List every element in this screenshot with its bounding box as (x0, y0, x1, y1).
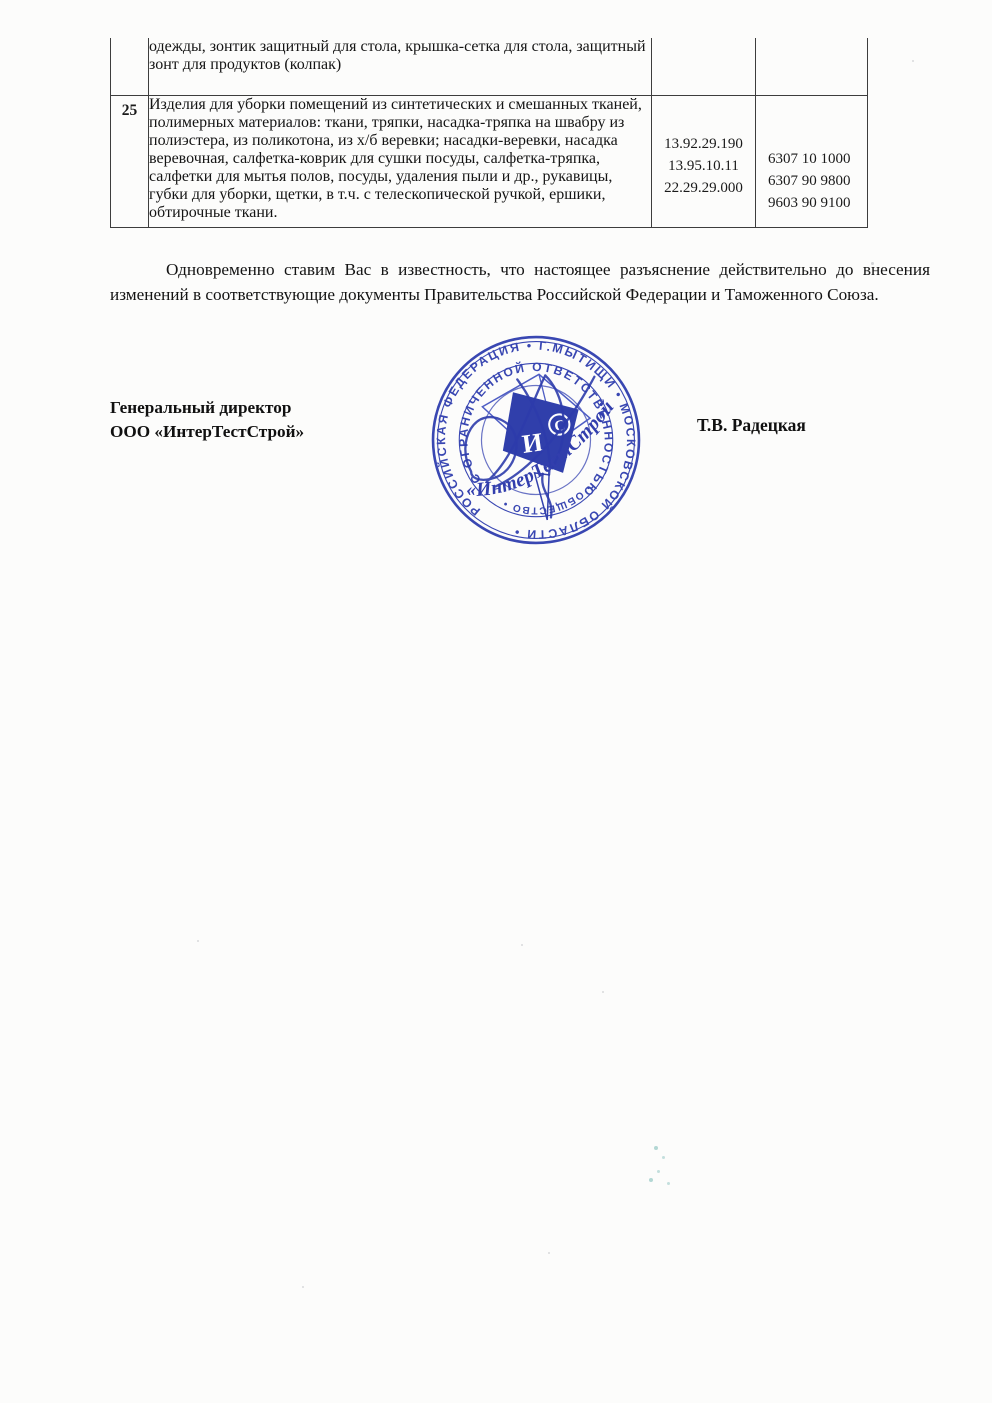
closing-paragraph: Одновременно ставим Вас в известность, ч… (110, 258, 930, 308)
table-cell-description: одежды, зонтик защитный для стола, крышк… (148, 38, 651, 96)
goods-table: одежды, зонтик защитный для стола, крышк… (110, 38, 868, 228)
table-cell-okpd-codes (651, 38, 755, 96)
table-cell-tnved-codes (755, 38, 868, 96)
table-cell-tnved-codes: 6307 10 1000 6307 90 9800 9603 90 9100 (755, 96, 868, 228)
signer-name: Т.В. Радецкая (697, 415, 806, 436)
signer-position-line2: ООО «ИнтерТестСтрой» (110, 420, 304, 444)
emblem-letter-i: И (520, 427, 544, 459)
scan-speck (662, 1156, 665, 1159)
signer-position-line1: Генеральный директор (110, 396, 304, 420)
scan-speck (548, 1252, 550, 1254)
document-page: одежды, зонтик защитный для стола, крышк… (0, 0, 992, 1403)
table-cell-okpd-codes: 13.92.29.190 13.95.10.11 22.29.29.000 (651, 96, 755, 228)
scan-speck (667, 1182, 670, 1185)
scan-speck (912, 60, 914, 62)
scan-speck (657, 1170, 660, 1173)
signer-position: Генеральный директор ООО «ИнтерТестСтрой… (110, 396, 304, 444)
table-cell-row-number (110, 38, 148, 96)
scan-speck (602, 991, 604, 993)
scan-speck (197, 940, 199, 942)
table-cell-description: Изделия для уборки помещений из синтетич… (148, 96, 651, 228)
scan-speck (302, 1286, 304, 1288)
scan-speck (649, 1178, 653, 1182)
company-stamp-seal: РОССИЙСКАЯ ФЕДЕРАЦИЯ • Г.МЫТИЩИ • МОСКОВ… (415, 319, 657, 561)
scan-speck (654, 1146, 658, 1150)
table-cell-row-number: 25 (110, 96, 148, 228)
scan-speck (521, 944, 523, 946)
